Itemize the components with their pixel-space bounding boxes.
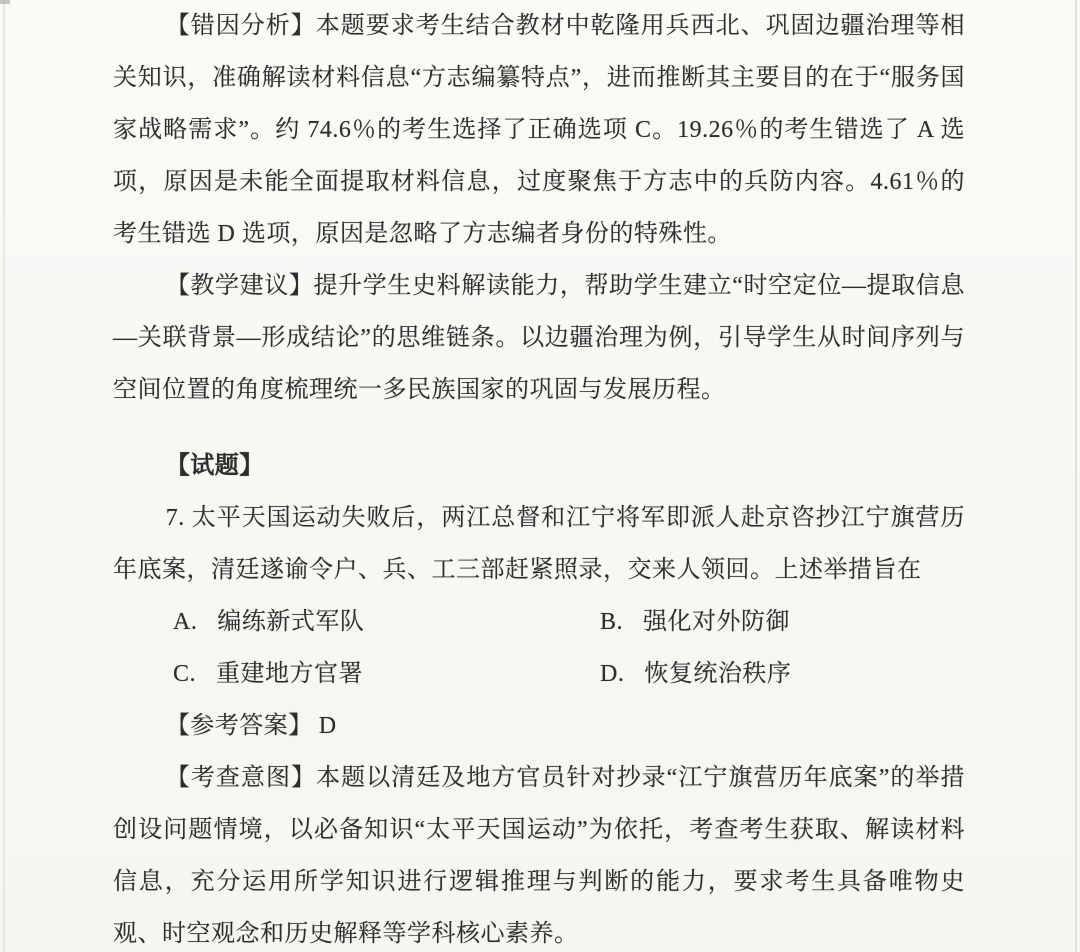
option-a: A.编练新式军队 (173, 596, 364, 648)
options-row-2: C.重建地方官署 D.恢复统治秩序 (113, 648, 965, 700)
options-row-1: A.编练新式军队 B.强化对外防御 (113, 596, 965, 648)
option-d-text: 恢复统治秩序 (644, 661, 791, 687)
scan-artifact-speck (0, 0, 10, 4)
option-b: B.强化对外防御 (600, 596, 790, 648)
option-c-text: 重建地方官署 (216, 661, 363, 687)
page-left-edge-line (3, 0, 5, 952)
option-a-text: 编练新式军队 (217, 609, 364, 635)
option-b-text: 强化对外防御 (643, 609, 790, 635)
option-d: D.恢复统治秩序 (600, 648, 791, 700)
error-analysis-paragraph: 【错因分析】本题要求考生结合教材中乾隆用兵西北、巩固边疆治理等相关知识，准确解读… (113, 0, 965, 260)
option-d-label: D. (600, 648, 624, 700)
option-c: C.重建地方官署 (173, 648, 363, 700)
question-section: 【试题】 7. 太平天国运动失败后，两江总督和江宁将军即派人赴京咨抄江宁旗营历年… (113, 440, 965, 952)
page-right-edge-line (1075, 0, 1077, 952)
teaching-advice-paragraph: 【教学建议】提升学生史料解读能力，帮助学生建立“时空定位—提取信息—关联背景—形… (113, 260, 965, 416)
exam-analysis-document: 【错因分析】本题要求考生结合教材中乾隆用兵西北、巩固边疆治理等相关知识，准确解读… (113, 0, 965, 952)
exam-intent-paragraph: 【考查意图】本题以清廷及地方官员针对抄录“江宁旗营历年底案”的举措创设问题情境，… (113, 752, 965, 952)
option-a-label: A. (173, 596, 197, 648)
question-section-header: 【试题】 (113, 440, 965, 492)
reference-answer-line: 【参考答案】D (113, 700, 965, 752)
option-c-label: C. (173, 648, 196, 700)
question-stem: 7. 太平天国运动失败后，两江总督和江宁将军即派人赴京咨抄江宁旗营历年底案，清廷… (113, 492, 965, 596)
document-page: 【错因分析】本题要求考生结合教材中乾隆用兵西北、巩固边疆治理等相关知识，准确解读… (0, 0, 1080, 952)
option-b-label: B. (600, 596, 623, 648)
reference-answer-value: D (319, 713, 337, 739)
reference-answer-label: 【参考答案】 (166, 713, 313, 739)
question-options: A.编练新式军队 B.强化对外防御 C.重建地方官署 D.恢复统治秩序 (113, 596, 965, 700)
